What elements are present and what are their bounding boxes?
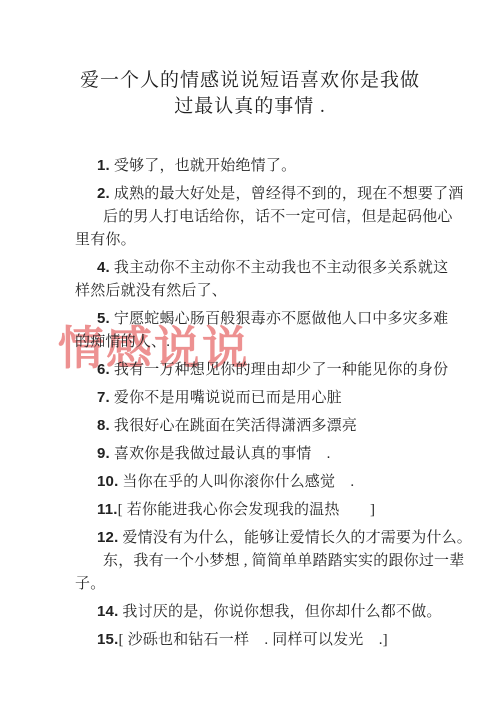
text-line: 7. 爱你不是用嘴说说而已而是用心脏 xyxy=(75,386,460,410)
item-number: 4. xyxy=(97,259,110,276)
item-number: 1. xyxy=(97,157,110,174)
content: 1. 受够了，也就开始绝情了。2. 成熟的最大好处是，曾经得不到的，现在不想要了… xyxy=(75,154,460,652)
item-number: 14. xyxy=(97,603,118,620)
list-item: 14. 我讨厌的是，你说你想我，但你却什么都不做。 xyxy=(75,600,460,624)
text-line: 11.[ 若你能进我心你会发现我的温热 ] xyxy=(75,498,460,522)
text-line: 15.[ 沙砾也和钻石一样 . 同样可以发光 .] xyxy=(75,628,460,652)
list-item: 15.[ 沙砾也和钻石一样 . 同样可以发光 .] xyxy=(75,628,460,652)
list-item: 1. 受够了，也就开始绝情了。 xyxy=(75,154,460,178)
item-number: 7. xyxy=(97,389,110,406)
text-line: 6. 我有一万种想见你的理由却少了一种能见你的身份 xyxy=(75,358,460,382)
text-line: 14. 我讨厌的是，你说你想我，但你却什么都不做。 xyxy=(75,600,460,624)
text-line: 10. 当你在乎的人叫你滚你什么感觉 . xyxy=(75,470,460,494)
item-number: 8. xyxy=(97,417,110,434)
text-line: 样然后就没有然后了、 xyxy=(75,280,460,303)
list-item: 4. 我主动你不主动你不主动我也不主动很多关系就这样然后就没有然后了、 xyxy=(75,256,460,303)
text-line: 4. 我主动你不主动你不主动我也不主动很多关系就这 xyxy=(75,256,460,280)
list-item: 2. 成熟的最大好处是，曾经得不到的，现在不想要了酒后的男人打电话给你，话不一定… xyxy=(75,182,460,252)
list-item: 7. 爱你不是用嘴说说而已而是用心脏 xyxy=(75,386,460,410)
text-line: 的痴情的人、. xyxy=(75,331,460,354)
item-number: 15. xyxy=(97,631,118,648)
list-item: 12. 爱情没有为什么，能够让爱情长久的才需要为什么。东，我有一个小梦想 , 简… xyxy=(75,526,460,596)
list-item: 9. 喜欢你是我做过最认真的事情 . xyxy=(75,442,460,466)
list-item: 10. 当你在乎的人叫你滚你什么感觉 . xyxy=(75,470,460,494)
page-title: 爱一个人的情感说说短语喜欢你是我做 过最认真的事情 . xyxy=(42,68,458,120)
page-title-line-1: 爱一个人的情感说说短语喜欢你是我做 xyxy=(80,70,420,91)
list-item: 8. 我很好心在跳面在笑活得潇洒多漂亮 xyxy=(75,414,460,438)
document-page: 情感说说 爱一个人的情感说说短语喜欢你是我做 过最认真的事情 . 1. 受够了，… xyxy=(0,0,500,708)
list-item: 5. 宁愿蛇蝎心肠百般狠毒亦不愿做他人口中多灾多难的痴情的人、. xyxy=(75,307,460,354)
item-number: 6. xyxy=(97,361,110,378)
item-number: 2. xyxy=(97,185,110,202)
text-line: 东，我有一个小梦想 , 简简单单踏踏实实的跟你过一辈 xyxy=(75,550,460,573)
text-line: 1. 受够了，也就开始绝情了。 xyxy=(75,154,460,178)
item-number: 10. xyxy=(97,473,118,490)
text-line: 子。 xyxy=(75,573,460,596)
text-line: 12. 爱情没有为什么，能够让爱情长久的才需要为什么。 xyxy=(75,526,460,550)
text-line: 后的男人打电话给你，话不一定可信，但是起码他心 xyxy=(75,206,460,229)
text-line: 2. 成熟的最大好处是，曾经得不到的，现在不想要了酒 xyxy=(75,182,460,206)
page-title-line-2: 过最认真的事情 . xyxy=(174,96,326,117)
item-number: 5. xyxy=(97,310,110,327)
text-line: 8. 我很好心在跳面在笑活得潇洒多漂亮 xyxy=(75,414,460,438)
item-number: 9. xyxy=(97,445,110,462)
list-item: 6. 我有一万种想见你的理由却少了一种能见你的身份 xyxy=(75,358,460,382)
item-number: 11. xyxy=(97,501,118,518)
text-line: 9. 喜欢你是我做过最认真的事情 . xyxy=(75,442,460,466)
item-number: 12. xyxy=(97,529,118,546)
text-line: 里有你。 xyxy=(75,229,460,252)
list-item: 11.[ 若你能进我心你会发现我的温热 ] xyxy=(75,498,460,522)
text-line: 5. 宁愿蛇蝎心肠百般狠毒亦不愿做他人口中多灾多难 xyxy=(75,307,460,331)
